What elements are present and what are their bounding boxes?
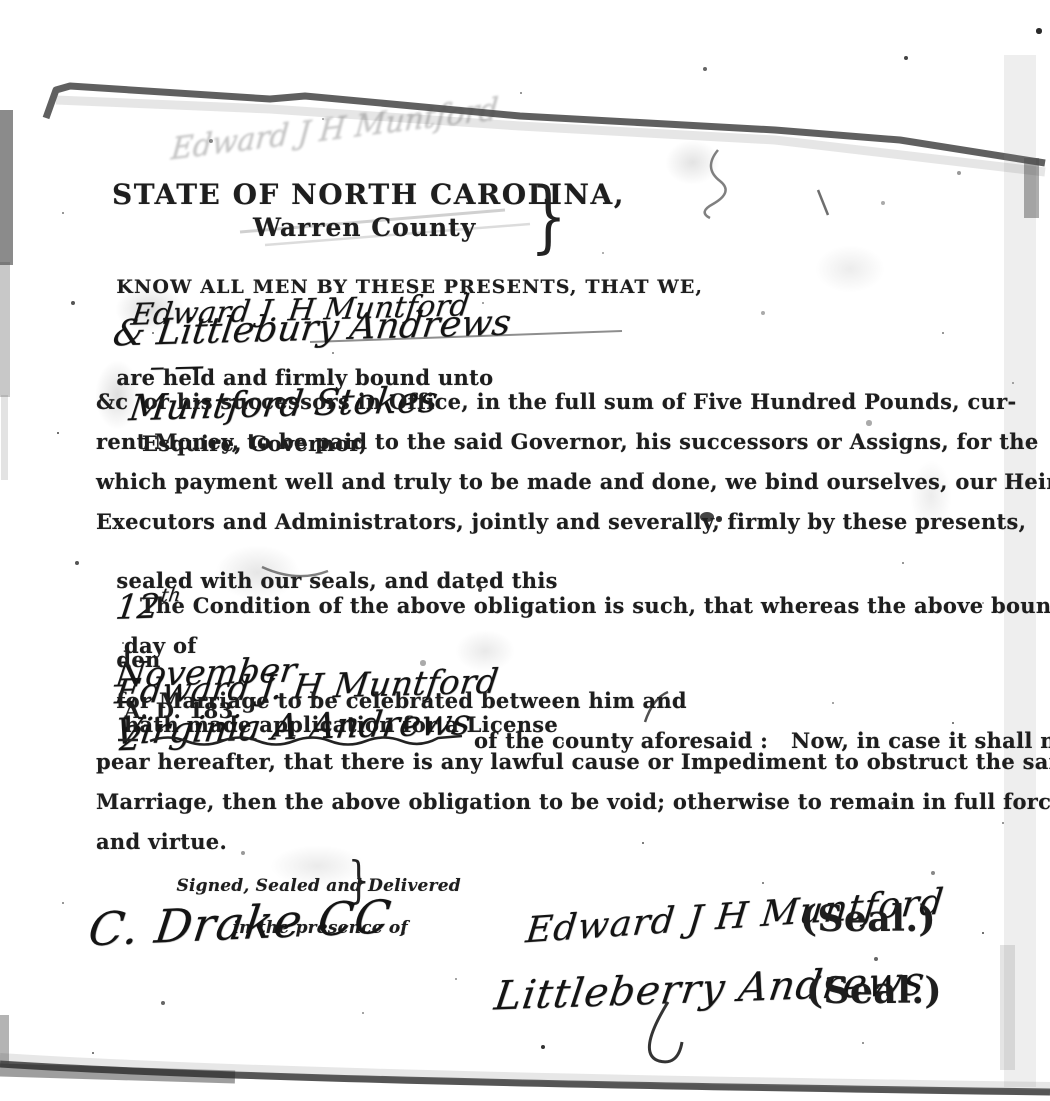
faint-docket-note: Edward J H Muntford — [170, 92, 500, 168]
paper-edge-left — [0, 110, 13, 265]
printed-body-line: Marriage, then the above obligation to b… — [96, 789, 1050, 814]
paper-edge-left — [1, 395, 8, 480]
printed-body-line: pear hereafter, that there is any lawful… — [96, 749, 1050, 774]
ink-slash-mark — [818, 190, 828, 215]
paper-edge-bottom-shadow — [0, 1057, 1050, 1086]
wavy-dash-mark — [116, 730, 466, 750]
header-brace: } — [530, 170, 567, 262]
printed-body-line: and virtue. — [96, 829, 227, 854]
printed-body-line: rent Money, to be paid to the said Gover… — [96, 429, 1039, 454]
printed-body-line: Executors and Administrators, jointly an… — [96, 509, 1026, 534]
ink-blotch — [815, 245, 885, 293]
ink-blotch — [665, 140, 720, 185]
printed-condition-line: The Condition of the above obligation is… — [140, 593, 1050, 618]
scanner-band-right — [1004, 55, 1036, 1087]
scanned-marriage-bond-document: Edward J H Muntford STATE OF NORTH CAROL… — [0, 0, 1050, 1101]
bondsman-seal-label: (Seal.) — [806, 970, 942, 1012]
paper-edge-bottom-thick — [0, 1070, 235, 1077]
dust-speckles — [0, 0, 2, 2]
printed-body-line: which payment well and truly to be made … — [96, 469, 1050, 494]
paper-edge-left — [0, 1015, 9, 1067]
paper-edge-bottom — [0, 1064, 1050, 1092]
groom-seal-label: (Seal.) — [800, 898, 936, 940]
paper-edge-left — [0, 262, 10, 397]
printed-body-line: &c or his successors in Office, in the f… — [96, 389, 1016, 414]
document-title-county: Warren County — [253, 213, 476, 242]
ink-squiggle-mark — [705, 150, 726, 218]
scanner-band-right-smudge — [1024, 158, 1039, 218]
scanner-band-right-smudge — [1000, 945, 1015, 1070]
printed-sealed-with: sealed with our seals, and dated this — [116, 568, 565, 593]
